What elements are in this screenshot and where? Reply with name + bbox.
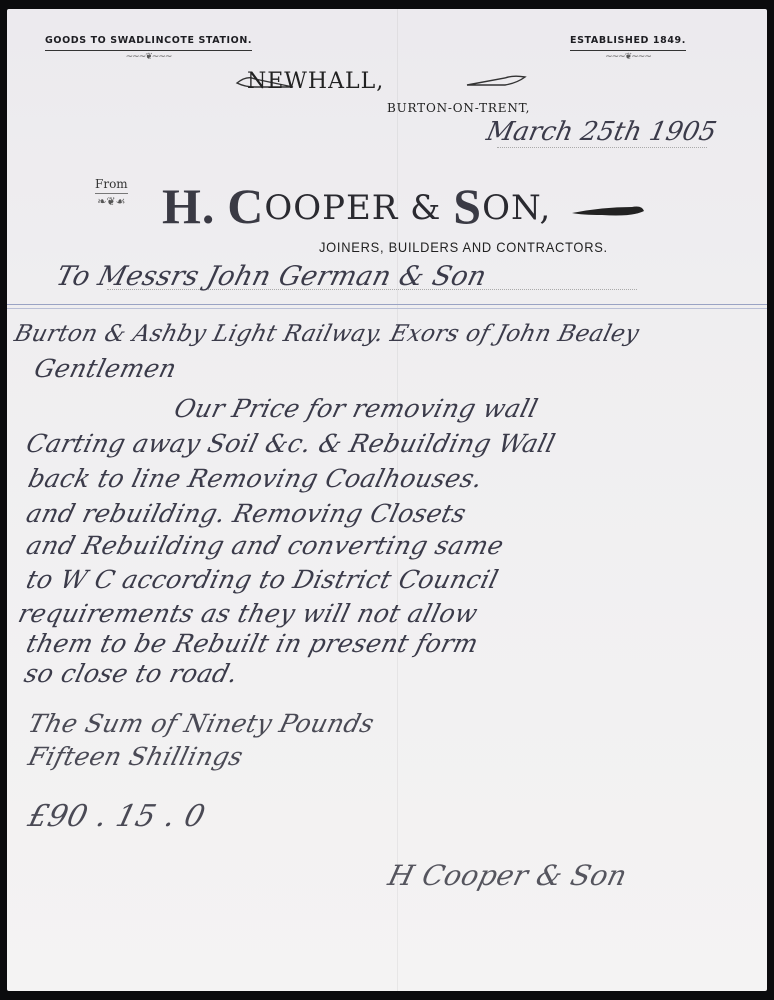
town-address: BURTON-ON-TRENT, <box>387 101 530 115</box>
swash-right-icon <box>465 73 527 89</box>
body-line: them to be Rebuilt in present form <box>23 629 481 658</box>
signature: H Cooper & Son <box>385 859 631 892</box>
goods-station-note: GOODS TO SWADLINCOTE STATION. ~~~❦~~~ <box>45 35 252 62</box>
trade-description: JOINERS, BUILDERS AND CONTRACTORS. <box>319 239 608 255</box>
date-line <box>497 147 707 148</box>
sum-line: The Sum of Ninety Pounds <box>25 709 377 738</box>
swash-firm-icon <box>572 203 644 219</box>
amount: £90 . 15 . 0 <box>25 799 209 834</box>
salutation: Gentlemen <box>31 354 179 383</box>
body-line: and rebuilding. Removing Closets <box>23 499 469 528</box>
body-line: back to line Removing Coalhouses. <box>25 464 485 493</box>
body-line: Carting away Soil &c. & Rebuilding Wall <box>23 429 558 458</box>
body-line: requirements as they will not allow <box>15 599 480 628</box>
ornament-icon: ~~~❦~~~ <box>570 52 686 62</box>
subject-line: Burton & Ashby Light Railway. Exors of J… <box>12 321 642 347</box>
letter-sheet: GOODS TO SWADLINCOTE STATION. ~~~❦~~~ ES… <box>7 9 767 991</box>
rule-blue <box>7 308 767 309</box>
ornament-icon: ~~~❦~~~ <box>45 52 252 62</box>
rule-blue <box>7 304 767 305</box>
from-label: From ❧❦☙ <box>95 177 128 208</box>
body-line: so close to road. <box>21 659 241 688</box>
sum-line: Fifteen Shillings <box>25 742 246 771</box>
letter-date: March 25th 1905 <box>484 117 719 147</box>
body-line: and Rebuilding and converting same <box>23 531 506 560</box>
recipient-line: To Messrs John German & Son <box>53 261 490 292</box>
firm-name: H. COOPER & SON, <box>162 177 551 235</box>
rule <box>45 50 252 51</box>
town-name: NEWHALL, <box>247 69 384 94</box>
rule <box>570 50 686 51</box>
body-line: to W C according to District Council <box>23 565 501 594</box>
ornament-icon: ❧❦☙ <box>95 193 128 208</box>
body-line: Our Price for removing wall <box>171 394 541 423</box>
established-note: ESTABLISHED 1849. ~~~❦~~~ <box>570 35 686 62</box>
